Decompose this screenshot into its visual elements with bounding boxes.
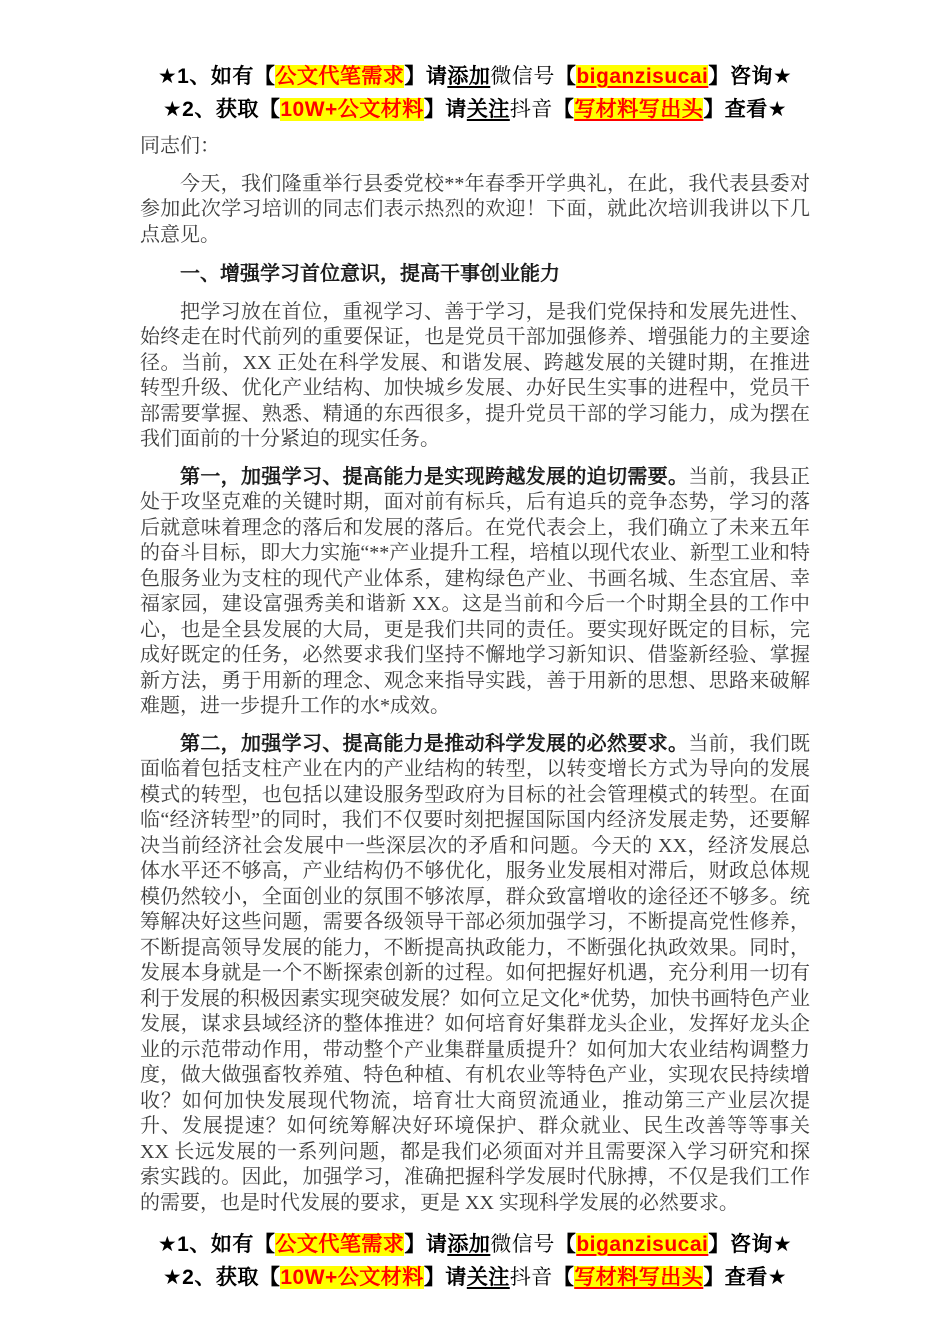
lead-sentence-second: 第二，加强学习、提高能力是推动科学发展的必然要求。 — [180, 733, 688, 755]
promo-header-line-2: ★2、获取【10W+公文材料】请关注抖音【写材料写出头】查看★ — [140, 93, 810, 126]
promo-text: 】请 — [404, 65, 447, 88]
body-paragraph-2: 第一，加强学习、提高能力是实现跨越发展的迫切需要。当前，我县正处于攻坚克难的关键… — [140, 465, 810, 720]
promo-text: 】请 — [424, 1266, 467, 1289]
promo-text: 】咨询★ — [708, 65, 792, 88]
promo-footer-line-2: ★2、获取【10W+公文材料】请关注抖音【写材料写出头】查看★ — [140, 1261, 810, 1294]
highlighted-materials-text: 10W+公文材料 — [280, 1266, 423, 1289]
promo-text: 】请 — [424, 98, 467, 121]
promo-text: 抖音 — [510, 1266, 553, 1289]
document-page: ★1、如有【公文代笔需求】请添加微信号【biganzisucai】咨询★ ★2、… — [0, 0, 950, 1344]
promo-header-line-1: ★1、如有【公文代笔需求】请添加微信号【biganzisucai】咨询★ — [140, 60, 810, 93]
highlighted-wechat-id: biganzisucai — [576, 65, 708, 88]
highlighted-wechat-id: biganzisucai — [576, 1233, 708, 1256]
promo-text: ★2、获取【 — [163, 98, 281, 121]
body-paragraph-3: 第二，加强学习、提高能力是推动科学发展的必然要求。当前，我们既面临着包括支柱产业… — [140, 732, 810, 1217]
promo-text: 【 — [553, 98, 575, 121]
promo-text: 微信号 — [490, 65, 555, 88]
promo-header: ★1、如有【公文代笔需求】请添加微信号【biganzisucai】咨询★ ★2、… — [140, 60, 810, 126]
underlined-add-text: 添加 — [447, 1233, 490, 1256]
paragraph-text: 当前，我县正处于攻坚克难的关键时期，面对前有标兵，后有追兵的竞争态势，学习的落后… — [140, 466, 810, 718]
promo-text: ★1、如有【 — [158, 65, 276, 88]
intro-paragraph: 今天，我们隆重举行县委党校**年春季开学典礼，在此，我代表县委对参加此次学习培训… — [140, 172, 810, 249]
promo-text: ★2、获取【 — [163, 1266, 281, 1289]
highlighted-service-text: 公文代笔需求 — [275, 1233, 404, 1256]
highlighted-service-text: 公文代笔需求 — [275, 65, 404, 88]
promo-text: 【 — [555, 65, 577, 88]
document-body: 同志们： 今天，我们隆重举行县委党校**年春季开学典礼，在此，我代表县委对参加此… — [140, 134, 810, 1228]
promo-footer-line-1: ★1、如有【公文代笔需求】请添加微信号【biganzisucai】咨询★ — [140, 1228, 810, 1261]
underlined-add-text: 添加 — [447, 65, 490, 88]
paragraph-text: 当前，我们既面临着包括支柱产业在内的产业结构的转型，以转变增长方式为导向的发展模… — [140, 733, 810, 1214]
highlighted-douyin-id: 写材料写出头 — [574, 98, 703, 121]
underlined-follow-text: 关注 — [467, 1266, 510, 1289]
promo-text: 微信号 — [490, 1233, 555, 1256]
promo-text: 【 — [553, 1266, 575, 1289]
promo-text: 抖音 — [510, 98, 553, 121]
promo-text: 】查看★ — [703, 1266, 787, 1289]
section-1-heading: 一、增强学习首位意识，提高干事创业能力 — [140, 262, 810, 288]
promo-text: 】咨询★ — [708, 1233, 792, 1256]
highlighted-douyin-id: 写材料写出头 — [574, 1266, 703, 1289]
promo-text: ★1、如有【 — [158, 1233, 276, 1256]
promo-text: 】查看★ — [703, 98, 787, 121]
promo-text: 】请 — [404, 1233, 447, 1256]
underlined-follow-text: 关注 — [467, 98, 510, 121]
highlighted-materials-text: 10W+公文材料 — [280, 98, 423, 121]
promo-footer: ★1、如有【公文代笔需求】请添加微信号【biganzisucai】咨询★ ★2、… — [140, 1228, 810, 1294]
promo-text: 【 — [555, 1233, 577, 1256]
lead-sentence-first: 第一，加强学习、提高能力是实现跨越发展的迫切需要。 — [180, 466, 688, 488]
body-paragraph-1: 把学习放在首位，重视学习、善于学习，是我们党保持和发展先进性、始终走在时代前列的… — [140, 300, 810, 453]
salutation: 同志们： — [140, 134, 810, 160]
